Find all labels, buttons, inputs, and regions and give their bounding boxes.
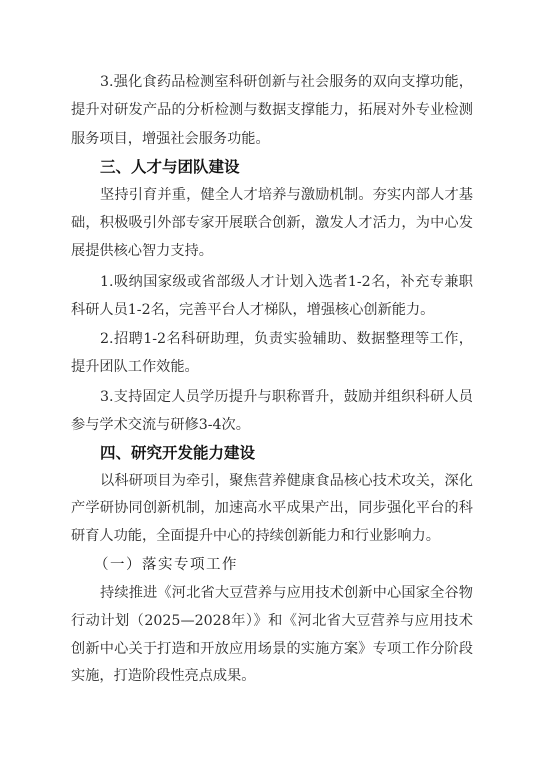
paragraph-line: 础，积极吸引外部专家开展联合创新，激发人才活力，为中心发 [71,213,473,233]
list-item-line: 3.支持固定人员学历提升与职称晋升，鼓励并组织科研人员 [100,387,473,407]
subsection-heading: （一）落实专项工作 [94,555,238,575]
list-item-line: 1.吸纳国家级或省部级人才计划入选者1-2名，补充专兼职 [100,272,473,292]
list-item-line: 参与学术交流与研修3-4次。 [71,415,473,435]
paragraph-line: 行动计划（2025—2028年）》和《河北省大豆营养与应用技术 [71,611,473,631]
paragraph-line: 服务项目，增强社会服务功能。 [71,129,473,149]
paragraph-line: 产学研协同创新机制，加速高水平成果产出，同步强化平台的科 [71,498,473,518]
paragraph-line: 展提供核心智力支持。 [71,241,473,261]
document-page: 3.强化食药品检测室科研创新与社会服务的双向支撑功能， 提升对研发产品的分析检测… [0,0,542,768]
section-heading-talent: 三、人才与团队建设 [100,157,240,177]
paragraph-line: 坚持引育并重，健全人才培养与激励机制。夯实内部人才基 [100,185,473,205]
list-item-line: 2.招聘1-2名科研助理，负责实验辅助、数据整理等工作， [100,329,473,349]
paragraph-line: 持续推进《河北省大豆营养与应用技术创新中心国家全谷物 [100,583,473,603]
section-heading-rnd: 四、研究开发能力建设 [100,443,255,463]
paragraph-line: 以科研项目为牵引，聚焦营养健康食品核心技术攻关，深化 [100,471,473,491]
paragraph-line: 3.强化食药品检测室科研创新与社会服务的双向支撑功能， [100,72,473,92]
paragraph-line: 创新中心关于打造和开放应用场景的实施方案》专项工作分阶段 [71,639,473,659]
list-item-line: 科研人员1-2名，完善平台人才梯队，增强核心创新能力。 [71,300,473,320]
paragraph-line: 实施，打造阶段性亮点成果。 [71,666,473,686]
list-item-line: 提升团队工作效能。 [71,357,473,377]
paragraph-line: 提升对研发产品的分析检测与数据支撑能力，拓展对外专业检测 [71,100,473,120]
paragraph-line: 研育人功能，全面提升中心的持续创新能力和行业影响力。 [71,526,473,546]
